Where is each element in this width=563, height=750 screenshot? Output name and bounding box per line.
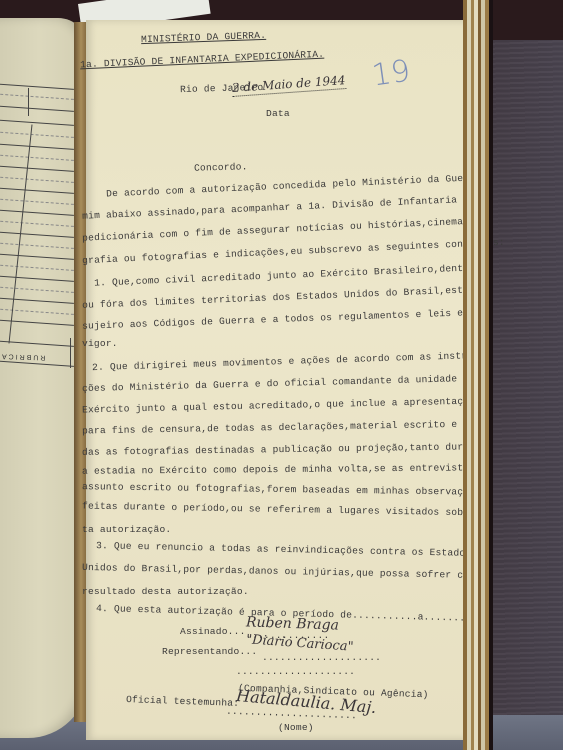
stacked-page-edges — [463, 0, 493, 750]
ministry-heading: MINISTÉRIO DA GUERRA. — [141, 30, 266, 45]
clause-1-line: ou fóra dos limites territorias dos Esta… — [82, 284, 475, 311]
signature-ruben-braga: Ruben Braga — [246, 614, 339, 633]
clause-2-line: Exército junto a qual estou acreditado,o… — [82, 396, 475, 416]
clause-2-line: ta autorização. — [82, 524, 171, 535]
approval-text: Concordo. — [194, 161, 248, 173]
name-caption: (Nome) — [278, 722, 314, 733]
clause-2-line: 2. Que dirigirei meus movimentos e ações… — [92, 350, 479, 373]
clause-3-line: Unidos do Brasil,por perdas,danos ou inj… — [82, 562, 481, 581]
representing-label: Representando... — [162, 646, 257, 657]
clause-2-line: feitas durante o período,ou se referirem… — [82, 500, 487, 518]
handwritten-date: 2 de Maio de 1944 — [232, 73, 346, 97]
clause-2-line: das as fotografias destinadas a publicaç… — [82, 441, 487, 458]
clause-1-line: sujeiro aos Códigos de Guerra e a todos … — [82, 307, 469, 332]
division-heading: 1a. DIVISÃO DE INFANTARIA EXPEDICIONÁRIA… — [80, 49, 324, 71]
witness-label: Oficial testemunha: — [126, 694, 240, 709]
signed-label: Assinado... — [180, 626, 246, 637]
document-page: MINISTÉRIO DA GUERRA. 1a. DIVISÃO DE INF… — [86, 20, 466, 740]
clause-2-line: assunto escrito ou fotografias,forem bas… — [82, 481, 487, 498]
ruled-form — [0, 58, 74, 368]
clause-1-line: 1. Que,como civil acreditado junto ao Ex… — [94, 262, 475, 288]
clause-2-line: a estadia no Exército como depois de min… — [82, 462, 481, 476]
clause-2-line: para fins de censura,de todas as declara… — [82, 419, 481, 437]
date-label: Data — [266, 108, 290, 119]
clause-3-line: 3. Que eu renuncio a todas as reinvindic… — [96, 540, 471, 559]
clause-2-line: ções do Ministério da Guerra e do oficia… — [82, 373, 475, 394]
intro-line: grafia ou fotografias e indicações,eu su… — [82, 237, 505, 266]
clause-3-line: resultado desta autorização. — [82, 586, 249, 597]
representing-dots: .................... — [262, 652, 381, 663]
pencil-page-number: 19 — [370, 54, 413, 94]
clause-1-line: vigor. — [82, 338, 118, 349]
company-dots: .................... — [236, 666, 355, 677]
